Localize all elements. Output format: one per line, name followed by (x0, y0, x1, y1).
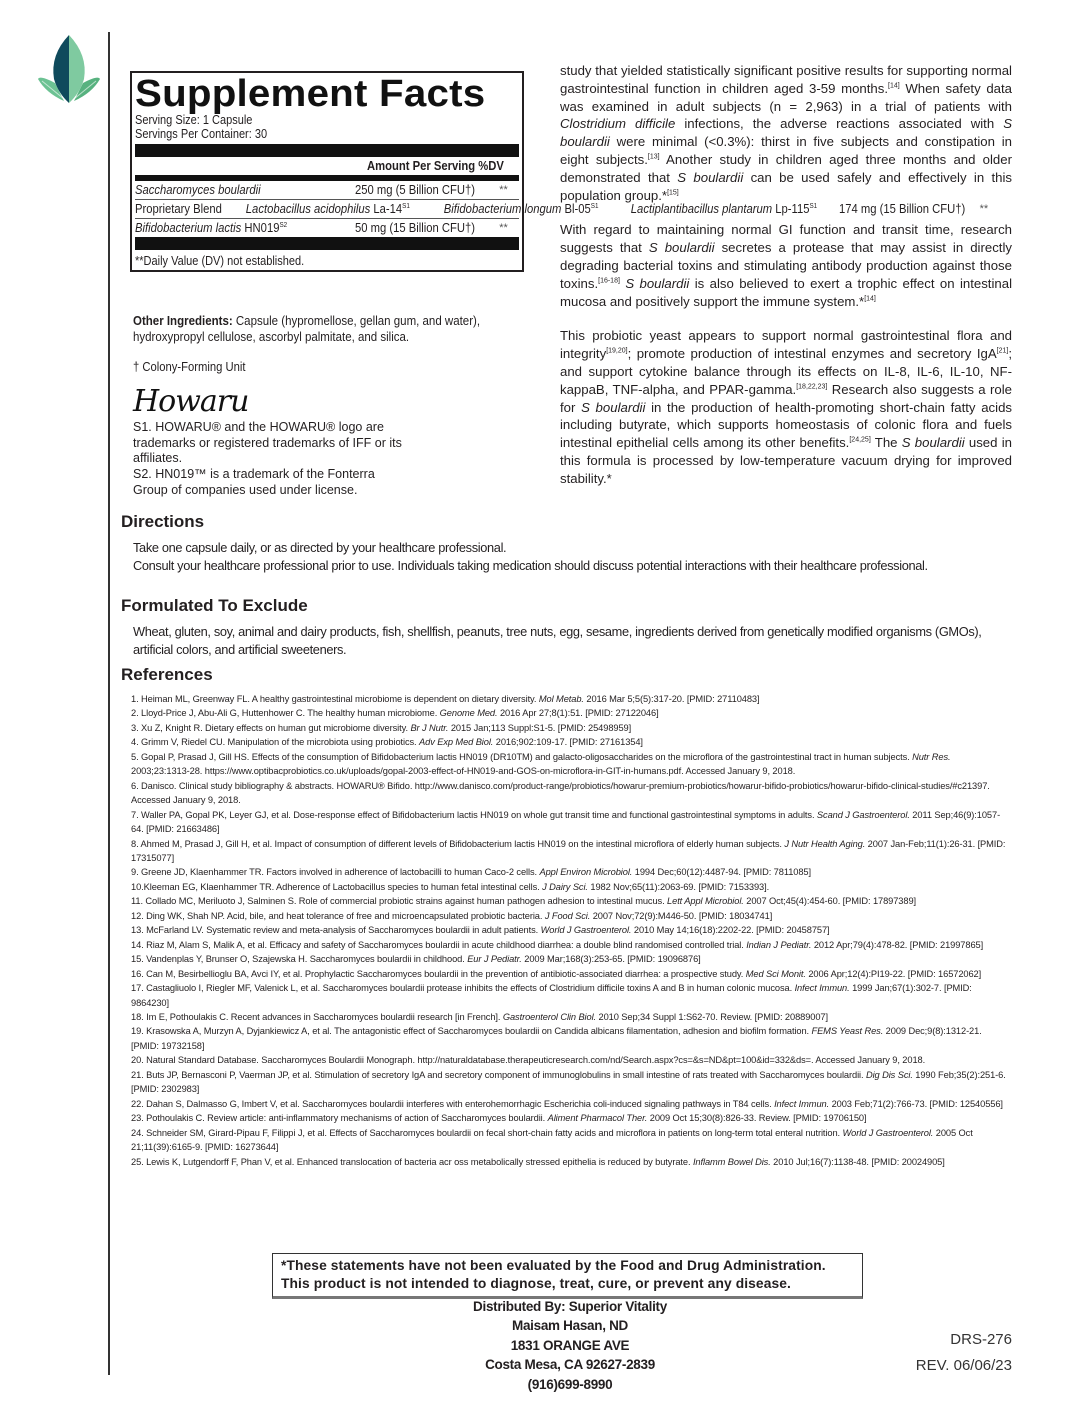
body-paragraph: With regard to maintaining normal GI fun… (560, 221, 1012, 310)
distributor-city: Costa Mesa, CA 92627-2839 (420, 1355, 720, 1374)
body-paragraph: study that yielded statistically signifi… (560, 62, 1012, 204)
reference-item: 21. Buts JP, Bernasconi P, Vaerman JP, e… (131, 1068, 1011, 1097)
reference-item: 20. Natural Standard Database. Saccharom… (131, 1053, 1011, 1067)
reference-item: 19. Krasowska A, Murzyn A, Dyjankiewicz … (131, 1024, 1011, 1053)
exclude-heading: Formulated To Exclude (121, 596, 308, 616)
reference-item: 12. Ding WK, Shah NP. Acid, bile, and he… (131, 909, 1011, 923)
exclude-text: Wheat, gluten, soy, animal and dairy pro… (133, 623, 1018, 658)
trademark-s2: S2. HN019™ is a trademark of the Fonterr… (133, 467, 403, 498)
distributor-block: Distributed By: Superior Vitality Maisam… (420, 1297, 720, 1394)
distributor-line: Distributed By: Superior Vitality (420, 1297, 720, 1316)
reference-item: 2. Lloyd-Price J, Abu-Ali G, Huttenhower… (131, 706, 1011, 720)
reference-item: 3. Xu Z, Knight R. Dietary effects on hu… (131, 721, 1011, 735)
daily-value: ** (488, 183, 519, 197)
vertical-divider (108, 32, 110, 1375)
doc-code-block: DRS-276 REV. 06/06/23 (916, 1327, 1012, 1379)
reference-item: 14. Riaz M, Alam S, Malik A, et al. Effi… (131, 938, 1011, 952)
reference-item: 25. Lewis K, Lutgendorff F, Phan V, et a… (131, 1155, 1011, 1169)
body-paragraph: This probiotic yeast appears to support … (560, 327, 1012, 487)
references-list: 1. Heiman ML, Greenway FL. A healthy gas… (131, 692, 1011, 1169)
howaru-logo: Howaru (133, 384, 248, 419)
reference-item: 8. Ahmed M, Prasad J, Gill H, et al. Imp… (131, 837, 1011, 866)
directions-heading: Directions (121, 512, 204, 532)
reference-item: 10.Kleeman EG, Klaenhammer TR. Adherence… (131, 880, 1011, 894)
trademark-s1: S1. HOWARU® and the HOWARU® logo are tra… (133, 420, 443, 467)
reference-item: 6. Danisco. Clinical study bibliography … (131, 779, 1011, 808)
directions-line: Take one capsule daily, or as directed b… (133, 539, 506, 557)
reference-item: 24. Schneider SM, Girard-Pipau F, Filipp… (131, 1126, 1011, 1155)
reference-item: 23. Pothoulakis C. Review article: anti-… (131, 1111, 1011, 1125)
facts-row: Bifidobacterium lactis HN019S2 50 mg (15… (135, 219, 519, 237)
dv-footnote: **Daily Value (DV) not established. (135, 250, 473, 270)
reference-item: 5. Gopal P, Prasad J, Gill HS. Effects o… (131, 750, 1011, 779)
facts-row: Proprietary Blend Lactobacillus acidophi… (135, 200, 519, 219)
ingredient-name: Proprietary Blend (135, 202, 222, 216)
distributor-address: 1831 ORANGE AVE (420, 1336, 720, 1355)
distributor-phone: (916)699-8990 (420, 1375, 720, 1394)
reference-item: 7. Waller PA, Gopal PK, Leyer GJ, et al.… (131, 808, 1011, 837)
daily-value: ** (488, 221, 519, 235)
divider-bar (135, 144, 519, 157)
reference-item: 15. Vandenplas Y, Brunser O, Szajewska H… (131, 952, 1011, 966)
reference-item: 17. Castagliuolo I, Riegler MF, Valenick… (131, 981, 1011, 1010)
ingredient-amount: 50 mg (15 Billion CFU†) (355, 221, 475, 235)
cfu-note: † Colony-Forming Unit (133, 360, 246, 376)
leaf-logo-icon (36, 33, 102, 105)
distributor-name: Maisam Hasan, ND (420, 1316, 720, 1335)
reference-item: 13. McFarland LV. Systematic review and … (131, 923, 1011, 937)
amount-header: Amount Per Serving %DV (367, 159, 504, 173)
ingredient-amount: 250 mg (5 Billion CFU†) (355, 183, 475, 197)
ingredient-name: Bifidobacterium lactis (135, 221, 241, 235)
divider-bar (135, 237, 519, 250)
body-column: study that yielded statistically signifi… (560, 62, 1012, 505)
references-heading: References (121, 665, 213, 685)
servings-per-container: Servings Per Container: 30 (135, 127, 473, 141)
other-ingredients: Other Ingredients: Capsule (hypromellose… (133, 314, 513, 345)
reference-item: 9. Greene JD, Klaenhammer TR. Factors in… (131, 865, 1011, 879)
blend-item: Lactobacillus acidophilus La-14S1 (235, 202, 410, 216)
reference-item: 16. Can M, Besirbellioglu BA, Avci IY, e… (131, 967, 1011, 981)
reference-item: 4. Grimm V, Riedel CU. Manipulation of t… (131, 735, 1011, 749)
doc-code: DRS-276 (916, 1327, 1012, 1353)
facts-row: Saccharomyces boulardii 250 mg (5 Billio… (135, 181, 519, 200)
serving-size: Serving Size: 1 Capsule (135, 113, 473, 127)
reference-item: 18. Im E, Pothoulakis C. Recent advances… (131, 1010, 1011, 1024)
ingredient-name: Saccharomyces boulardii (135, 183, 261, 197)
fda-disclaimer: *These statements have not been evaluate… (272, 1253, 863, 1299)
supplement-facts-panel: Supplement Facts Serving Size: 1 Capsule… (130, 71, 524, 272)
reference-item: 11. Collado MC, Meriluoto J, Salminen S.… (131, 894, 1011, 908)
directions-line: Consult your healthcare professional pri… (133, 557, 928, 575)
reference-item: 1. Heiman ML, Greenway FL. A healthy gas… (131, 692, 1011, 706)
panel-title: Supplement Facts (135, 75, 542, 113)
revision-date: REV. 06/06/23 (916, 1353, 1012, 1379)
reference-item: 22. Dahan S, Dalmasso G, Imbert V, et al… (131, 1097, 1011, 1111)
